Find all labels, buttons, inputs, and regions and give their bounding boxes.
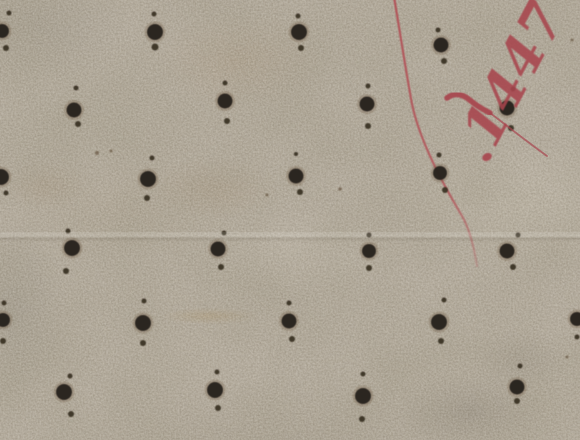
ink-speck [266,194,269,197]
pricking-dot-large [289,169,304,184]
pricking-dot-small [359,416,365,422]
ink-speck [566,356,569,359]
pricking-dot-large [360,97,375,112]
ink-speck [110,150,113,153]
pricking-dot-large [282,314,297,329]
pricking-dot-large [433,166,447,180]
pricking-dot-small [66,229,71,234]
pricking-dot-large [147,24,163,40]
pricking-dot-small [367,233,372,238]
ink-speck [95,151,99,155]
ink-speck [338,187,342,191]
pricking-dot-small [215,405,221,411]
pricking-dot-small [366,265,372,271]
pricking-dot-small [0,338,6,344]
pricking-dot-large [218,94,233,109]
pricking-dot-small [442,187,448,193]
pricking-dot-small [223,81,228,86]
pricking-dot-small [152,44,159,51]
pricking-dot-large [355,388,371,404]
pricking-dot-small [296,14,301,19]
pricking-dot-small [518,364,523,369]
pricking-dot-small [150,156,155,161]
pricking-dot-small [222,231,227,236]
pricking-dot-large [434,38,449,53]
pricking-dot-large [500,244,515,259]
pricking-dot-small [365,123,371,129]
pricking-dot-large [207,382,223,398]
pricking-dot-small [436,28,441,33]
pricking-dot-large [140,171,156,187]
pricking-dot-small [215,370,220,375]
pricking-dot-small [510,264,516,270]
pricking-dot-small [3,45,9,51]
pricking-dot-small [438,338,444,344]
pricking-dot-small [152,12,157,17]
pricking-dot-small [75,121,81,127]
pricking-dot-large [67,103,82,118]
pricking-dot-large [211,242,226,257]
pricking-dot-large [56,384,72,400]
pricking-dot-small [361,372,366,377]
manuscript-photo: 1447 [0,0,580,440]
pricking-dot-large [291,24,307,40]
pricking-dot-small [298,45,304,51]
pricking-dot-small [224,118,230,124]
pricking-dot-small [74,86,79,91]
pricking-dot-large [135,315,151,331]
pricking-dot-small [7,11,12,16]
pricking-dot-small [218,264,224,270]
pricking-dot-small [142,299,147,304]
pricking-dot-small [514,398,520,404]
pricking-dot-small [144,195,150,201]
pricking-dot-small [2,301,7,306]
pricking-dot-small [297,189,303,195]
pricking-dot-small [437,153,442,158]
pricking-dot-small [140,340,146,346]
pricking-dot-small [68,374,73,379]
pricking-dot-small [366,84,371,89]
pricking-dot-large [431,314,447,330]
pricking-dot-small [289,336,295,342]
pricking-dot-small [575,335,580,340]
pricking-dot-small [68,411,74,417]
pricking-dot-small [63,268,69,274]
pricking-dot-large [510,380,525,395]
pricking-dot-large [362,244,376,258]
manuscript-marks-layer: 1447 [0,0,580,440]
pricking-dot-small [4,191,9,196]
pricking-dot-small [441,58,447,64]
pricking-dot-small [442,298,447,303]
pricking-dot-small [287,301,292,306]
pricking-dot-large [64,240,80,256]
pricking-dot-small [516,233,521,238]
pricking-dot-small [294,152,298,156]
ink-speck [571,39,574,42]
